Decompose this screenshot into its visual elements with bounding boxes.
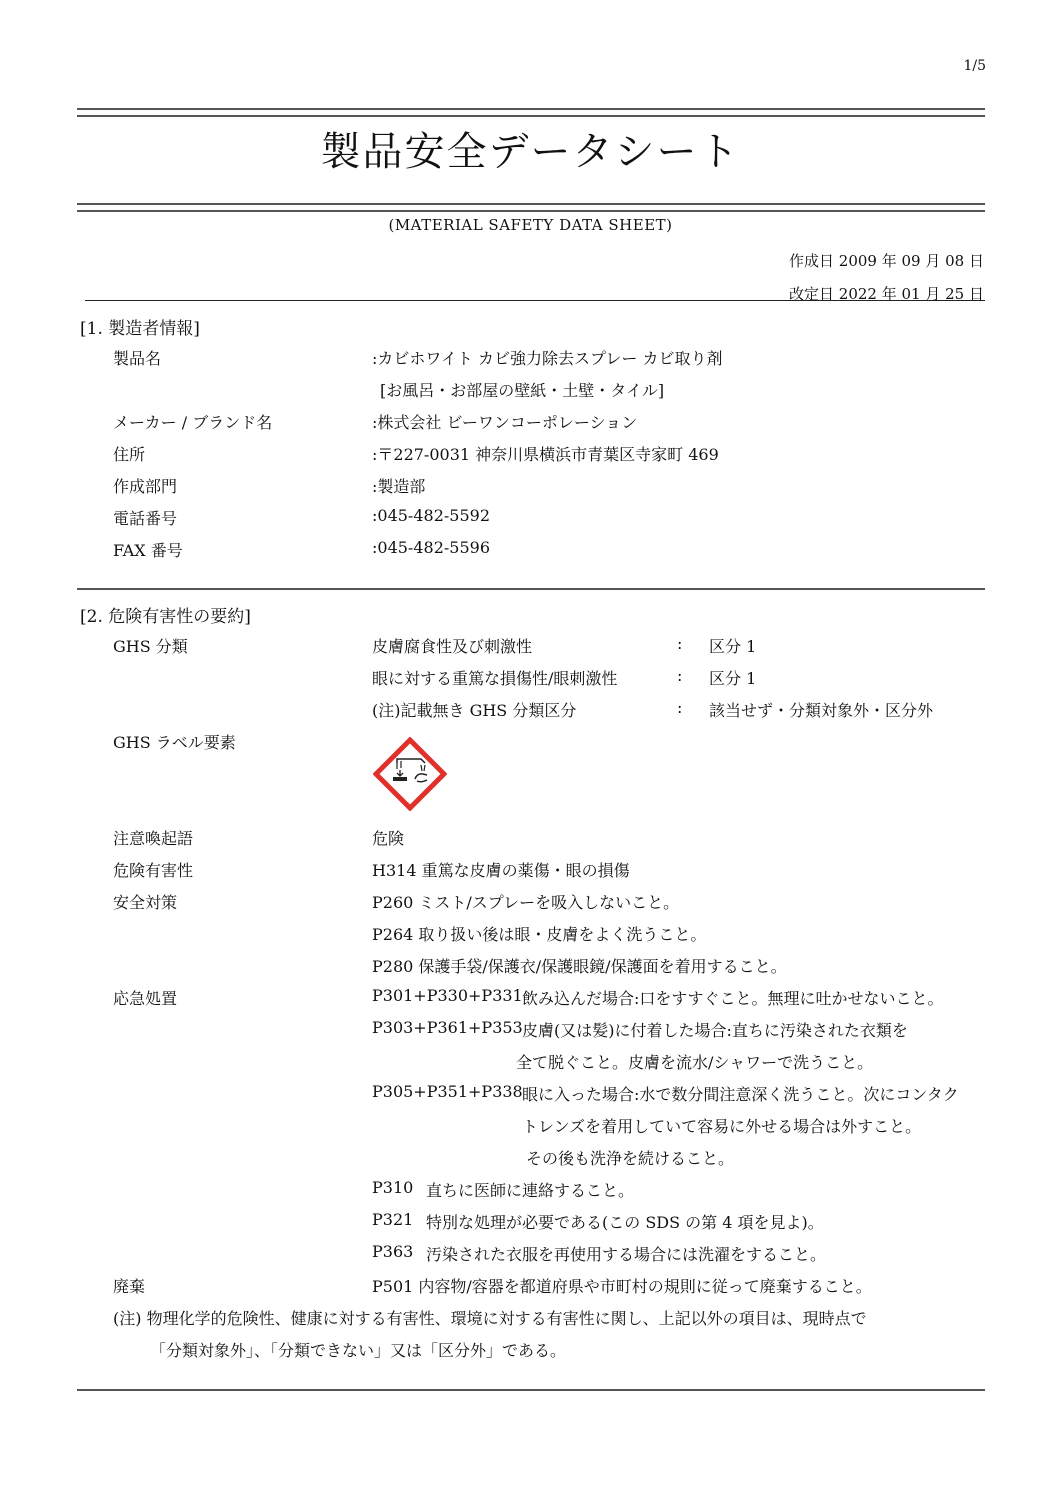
ghs-category-3: 該当せず・分類対象外・区分外 bbox=[709, 698, 933, 721]
response-text-3a: 眼に入った場合:水で数分間注意深く洗うこと。次にコンタク bbox=[522, 1082, 959, 1105]
response-code-1: P301+P330+P331 bbox=[372, 986, 523, 1005]
address-label: 住所 bbox=[113, 442, 145, 465]
product-name-value: :カビホワイト カビ強力除去スプレー カビ取り剤 bbox=[372, 346, 722, 369]
maker-value: :株式会社 ビーワンコーポレーション bbox=[372, 410, 637, 433]
title-top-rule bbox=[77, 108, 985, 117]
section-1-heading: [1. 製造者情報] bbox=[80, 314, 200, 339]
prevention-p260: P260 ミスト/スプレーを吸入しないこと。 bbox=[372, 890, 679, 913]
section-divider bbox=[77, 588, 985, 590]
hazard-statement-label: 危険有害性 bbox=[113, 858, 193, 881]
response-text-3b: トレンズを着用していて容易に外せる場合は外すこと。 bbox=[522, 1114, 921, 1137]
response-code-4: P310 bbox=[372, 1178, 413, 1197]
note-line-1: (注) 物理化学的危険性、健康に対する有害性、環境に対する有害性に関し、上記以外… bbox=[113, 1306, 867, 1329]
prevention-p264: P264 取り扱い後は眼・皮膚をよく洗うこと。 bbox=[372, 922, 706, 945]
response-text-2b: 全て脱ぐこと。皮膚を流水/シャワーで洗うこと。 bbox=[516, 1050, 873, 1073]
ghs-classification-label: GHS 分類 bbox=[113, 634, 188, 657]
department-value: :製造部 bbox=[372, 474, 425, 497]
phone-label: 電話番号 bbox=[113, 506, 177, 529]
response-text-4: 直ちに医師に連絡すること。 bbox=[426, 1178, 634, 1201]
ghs-sep-2: : bbox=[677, 666, 682, 685]
product-name-label: 製品名 bbox=[113, 346, 161, 369]
section-2-heading: [2. 危険有害性の要約] bbox=[80, 602, 251, 627]
page-subtitle: (MATERIAL SAFETY DATA SHEET) bbox=[0, 216, 1061, 234]
ghs-hazard-2: 眼に対する重篤な損傷性/眼刺激性 bbox=[372, 666, 617, 689]
created-date: 作成日 2009 年 09 月 08 日 bbox=[789, 250, 984, 271]
page-title: 製品安全データシート bbox=[0, 120, 1061, 177]
ghs-category-2: 区分 1 bbox=[709, 666, 756, 689]
bottom-divider bbox=[77, 1389, 985, 1391]
response-label: 応急処置 bbox=[113, 986, 177, 1009]
ghs-category-1: 区分 1 bbox=[709, 634, 756, 657]
response-code-6: P363 bbox=[372, 1242, 413, 1261]
ghs-sep-1: : bbox=[677, 634, 682, 653]
response-code-3: P305+P351+P338 bbox=[372, 1082, 523, 1101]
response-text-5: 特別な処理が必要である(この SDS の第 4 項を見よ)。 bbox=[426, 1210, 824, 1233]
phone-value: :045-482-5592 bbox=[372, 506, 490, 525]
response-code-5: P321 bbox=[372, 1210, 413, 1229]
corrosion-icon bbox=[373, 737, 447, 811]
page-number: 1/5 bbox=[963, 58, 986, 74]
prevention-label: 安全対策 bbox=[113, 890, 177, 913]
fax-label: FAX 番号 bbox=[113, 538, 183, 561]
date-underline bbox=[85, 300, 985, 301]
response-text-6: 汚染された衣服を再使用する場合には洗濯をすること。 bbox=[426, 1242, 826, 1265]
note-line-2: 「分類対象外」、「分類できない」又は「区分外」である。 bbox=[150, 1338, 566, 1361]
response-text-2a: 皮膚(又は髪)に付着した場合:直ちに汚染された衣類を bbox=[522, 1018, 908, 1041]
ghs-sep-3: : bbox=[677, 698, 682, 717]
fax-value: :045-482-5596 bbox=[372, 538, 490, 557]
signal-word-value: 危険 bbox=[372, 826, 404, 849]
ghs-hazard-1: 皮膚腐食性及び刺激性 bbox=[372, 634, 532, 657]
ghs-label-elements-label: GHS ラベル要素 bbox=[113, 730, 236, 753]
response-text-1: 飲み込んだ場合:口をすすぐこと。無理に吐かせないこと。 bbox=[522, 986, 944, 1009]
hazard-statement-value: H314 重篤な皮膚の薬傷・眼の損傷 bbox=[372, 858, 630, 881]
address-value: :〒227-0031 神奈川県横浜市青葉区寺家町 469 bbox=[372, 442, 719, 465]
disposal-label: 廃棄 bbox=[113, 1274, 145, 1297]
title-bottom-rule bbox=[77, 203, 985, 212]
signal-word-label: 注意喚起語 bbox=[113, 826, 193, 849]
department-label: 作成部門 bbox=[113, 474, 177, 497]
maker-label: メーカー / ブランド名 bbox=[113, 410, 272, 433]
product-name-subtitle: [お風呂・お部屋の壁紙・土壁・タイル] bbox=[380, 378, 664, 401]
ghs-hazard-3: (注)記載無き GHS 分類区分 bbox=[372, 698, 576, 721]
response-text-3c: その後も洗浄を続けること。 bbox=[526, 1146, 734, 1169]
disposal-value: P501 内容物/容器を都道府県や市町村の規則に従って廃棄すること。 bbox=[372, 1274, 872, 1297]
response-code-2: P303+P361+P353 bbox=[372, 1018, 523, 1037]
prevention-p280: P280 保護手袋/保護衣/保護眼鏡/保護面を着用すること。 bbox=[372, 954, 787, 977]
